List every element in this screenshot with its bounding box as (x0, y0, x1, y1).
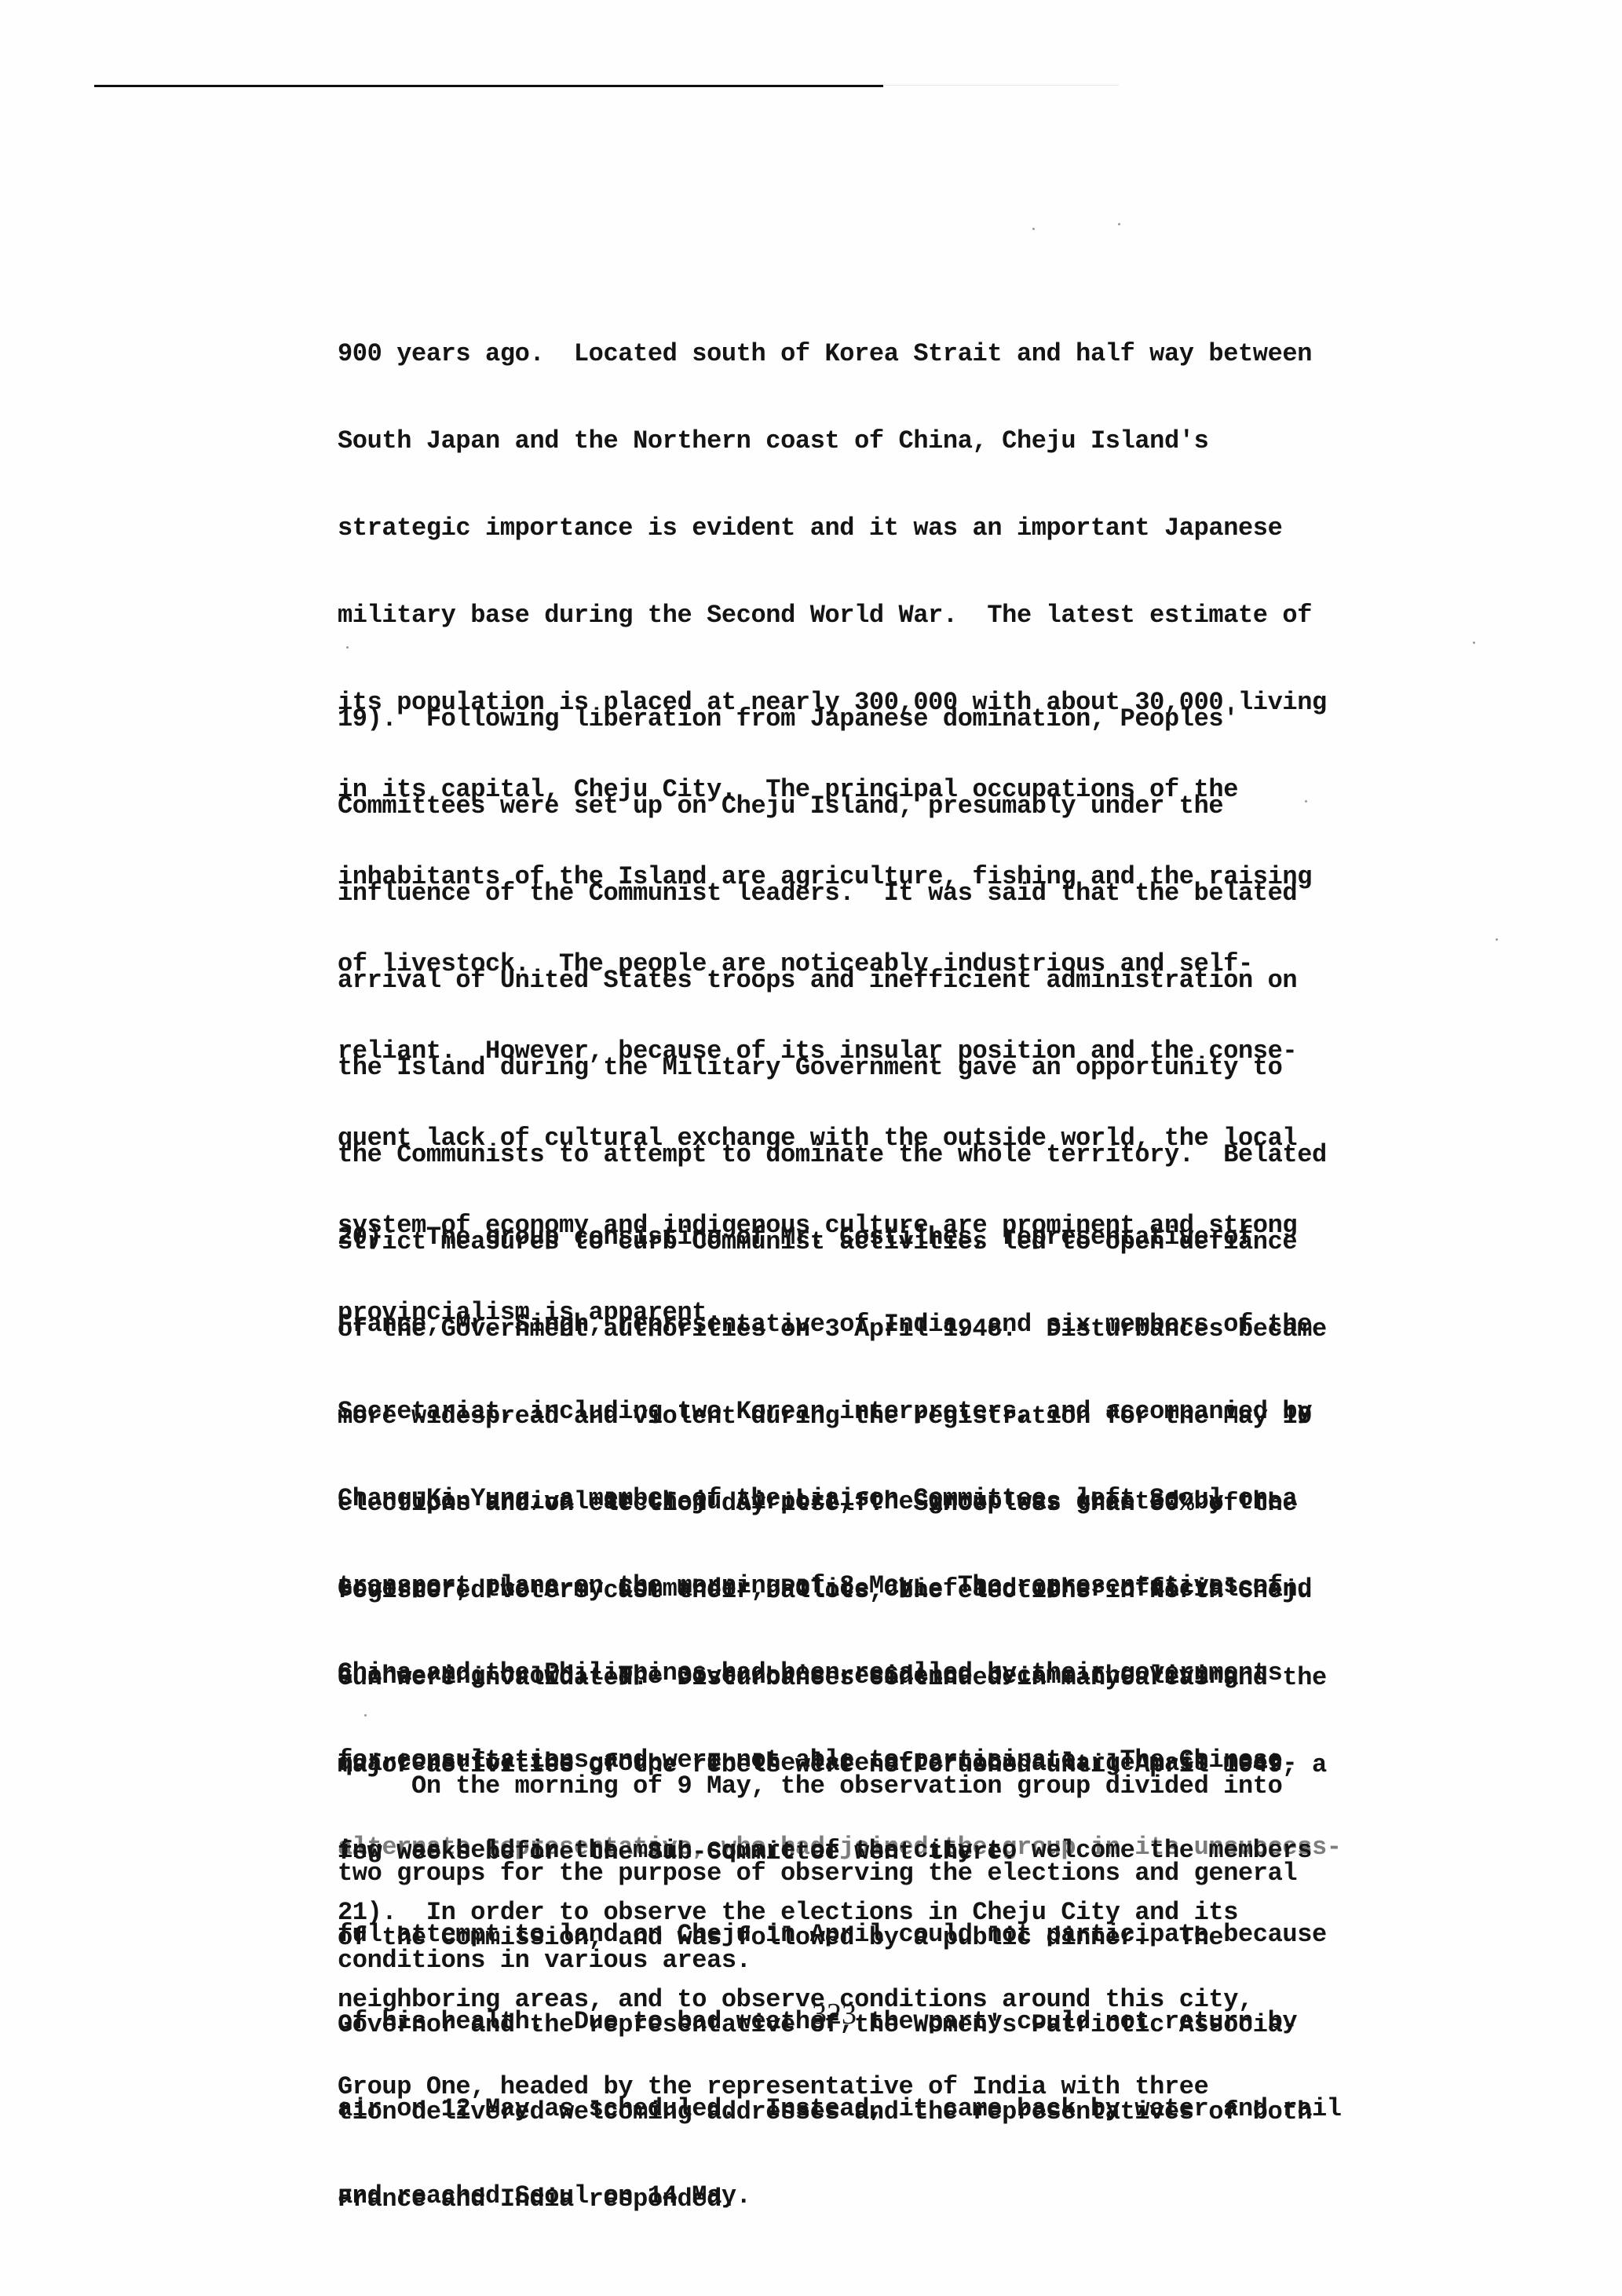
text-line: influence of the Communist leaders. It w… (338, 879, 1358, 908)
text-line: Governor, the Army Commander, Police Chi… (338, 1574, 1358, 1603)
text-line: Upon arrival at Cheju Airport, the group… (338, 1487, 1358, 1516)
scan-speck (1305, 800, 1307, 803)
top-rule-fade (883, 85, 1119, 86)
text-line: Secretariat, including two Korean interp… (338, 1397, 1358, 1426)
text-line: 20). The group consisting of Mr. Costilh… (338, 1223, 1358, 1252)
text-line: On the morning of 9 May, the observation… (338, 1771, 1358, 1801)
text-line: France and India responded. (338, 2184, 1358, 2214)
scan-speck (1032, 228, 1035, 230)
scan-speck (1118, 223, 1120, 225)
text-line: Group One, headed by the representative … (338, 2072, 1358, 2101)
text-line: the Island during the Military Governmen… (338, 1053, 1358, 1082)
text-line: France, Mr. Singh, representative of Ind… (338, 1310, 1358, 1339)
scan-speck (346, 646, 349, 649)
scan-speck (364, 1714, 367, 1717)
top-horizontal-rule (94, 85, 883, 87)
scan-speck (1473, 642, 1475, 644)
text-line: 19). Following liberation from Japanese … (338, 704, 1358, 733)
text-line: a cheering crowd. The Governor's residen… (338, 1662, 1358, 1691)
text-line: arrival of United States troops and inef… (338, 966, 1358, 995)
text-line: Committees were set up on Cheju Island, … (338, 792, 1358, 821)
text-line: 900 years ago. Located south of Korea St… (338, 339, 1358, 368)
text-line: military base during the Second World Wa… (338, 601, 1358, 630)
text-line: South Japan and the Northern coast of Ch… (338, 426, 1358, 455)
text-line: strategic importance is evident and it w… (338, 514, 1358, 543)
page-number: 323 (812, 1998, 857, 2030)
scan-speck (1496, 938, 1498, 941)
document-page: 900 years ago. Located south of Korea St… (0, 0, 1622, 2296)
text-line: 21). In order to observe the elections i… (338, 1898, 1358, 1927)
